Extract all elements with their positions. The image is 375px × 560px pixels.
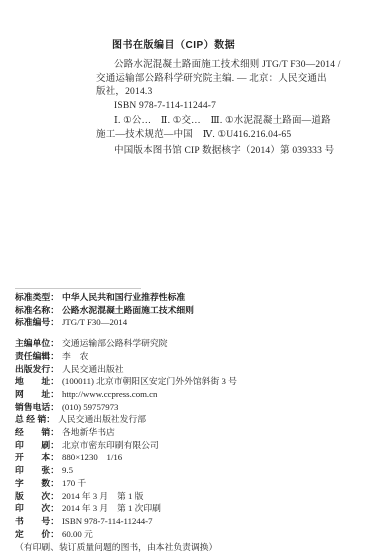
row-label: 责任编辑：: [15, 350, 59, 363]
row-value: (100011) 北京市朝阳区安定门外外馆斜街 3 号: [62, 375, 237, 388]
colophon-row: 定 价： 60.00 元: [15, 528, 365, 541]
cip-isbn-line: ISBN 978-7-114-11244-7: [96, 100, 328, 114]
row-value: 9.5: [62, 464, 73, 477]
row-value: 2014 年 3 月 第 1 版: [62, 490, 143, 503]
publication-info-group: 主编单位： 交通运输部公路科学研究院 责任编辑： 李 农 出版发行： 人民交通出…: [15, 337, 365, 540]
row-label: 总 经 销：: [15, 413, 55, 426]
row-label: 地 址：: [15, 375, 59, 388]
colophon-row: 书 号： ISBN 978-7-114-11244-7: [15, 515, 365, 528]
colophon-row: 标准类型： 中华人民共和国行业推荐性标准: [15, 291, 365, 304]
row-label: 书 号：: [15, 515, 59, 528]
colophon-row: 印 刷： 北京市密东印刷有限公司: [15, 439, 365, 452]
row-label: 印 刷：: [15, 439, 59, 452]
row-value: 北京市密东印刷有限公司: [62, 439, 159, 452]
colophon-row: 总 经 销： 人民交通出版社发行部: [15, 413, 365, 426]
colophon-row: 标准名称： 公路水泥混凝土路面施工技术细则: [15, 304, 365, 317]
row-label: 出版发行：: [15, 363, 59, 376]
cip-record-number-line: 中国版本图书馆 CIP 数据核字（2014）第 039333 号: [96, 145, 328, 159]
row-label: 版 次：: [15, 490, 59, 503]
row-value: ISBN 978-7-114-11244-7: [62, 515, 153, 528]
row-value: 公路水泥混凝土路面施工技术细则: [62, 304, 194, 317]
cip-line: 版社，2014.3: [96, 86, 328, 100]
colophon-divider-line: [15, 288, 141, 289]
row-value: 人民交通出版社发行部: [58, 413, 146, 426]
row-value: 170 千: [62, 477, 86, 490]
quality-exchange-note: （有印刷、装订质量问题的图书，由本社负责调换）: [15, 541, 365, 554]
cip-data-block: 图书在版编目（CIP）数据 公路水泥混凝土路面施工技术细则 JTG/T F30—…: [96, 39, 328, 159]
colophon-row: 开 本： 880×1230 1/16: [15, 451, 365, 464]
row-value: http://www.ccpress.com.cn: [62, 388, 157, 401]
row-label: 标准编号：: [15, 316, 59, 329]
row-value: 交通运输部公路科学研究院: [62, 337, 168, 350]
colophon-row: 经 销： 各地新华书店: [15, 426, 365, 439]
colophon-row: 网 址： http://www.ccpress.com.cn: [15, 388, 365, 401]
row-value: 各地新华书店: [62, 426, 115, 439]
colophon-row: 版 次： 2014 年 3 月 第 1 版: [15, 490, 365, 503]
row-label: 标准名称：: [15, 304, 59, 317]
row-label: 主编单位：: [15, 337, 59, 350]
row-value: 60.00 元: [62, 528, 93, 541]
row-label: 开 本：: [15, 451, 59, 464]
colophon-row: 地 址： (100011) 北京市朝阳区安定门外外馆斜街 3 号: [15, 375, 365, 388]
row-label: 经 销：: [15, 426, 59, 439]
row-label: 定 价：: [15, 528, 59, 541]
row-value: (010) 59757973: [62, 401, 118, 414]
cip-classification-line: Ⅰ. ①公… Ⅱ. ①交… Ⅲ. ①水泥混凝土路面—道路: [96, 115, 328, 129]
row-value: 李 农: [62, 350, 88, 363]
colophon-row: 销售电话： (010) 59757973: [15, 401, 365, 414]
colophon-row: 印 次： 2014 年 3 月 第 1 次印刷: [15, 502, 365, 515]
colophon-row: 责任编辑： 李 农: [15, 350, 365, 363]
standard-info-group: 标准类型： 中华人民共和国行业推荐性标准 标准名称： 公路水泥混凝土路面施工技术…: [15, 291, 365, 329]
row-label: 网 址：: [15, 388, 59, 401]
cip-line: 交通运输部公路科学研究院主编. — 北京：人民交通出: [96, 73, 328, 87]
colophon-row: 标准编号： JTG/T F30—2014: [15, 316, 365, 329]
row-label: 字 数：: [15, 477, 59, 490]
row-value: 2014 年 3 月 第 1 次印刷: [62, 502, 161, 515]
cip-line: 公路水泥混凝土路面施工技术细则 JTG/T F30—2014 /: [96, 59, 328, 73]
row-label: 印 张：: [15, 464, 59, 477]
row-label: 销售电话：: [15, 401, 59, 414]
colophon-row: 字 数： 170 千: [15, 477, 365, 490]
row-value: 880×1230 1/16: [62, 451, 122, 464]
colophon-block: 标准类型： 中华人民共和国行业推荐性标准 标准名称： 公路水泥混凝土路面施工技术…: [15, 291, 365, 554]
colophon-row: 主编单位： 交通运输部公路科学研究院: [15, 337, 365, 350]
scanned-copyright-page: 图书在版编目（CIP）数据 公路水泥混凝土路面施工技术细则 JTG/T F30—…: [0, 0, 375, 560]
colophon-row: 印 张： 9.5: [15, 464, 365, 477]
row-value: JTG/T F30—2014: [62, 316, 127, 329]
cip-title: 图书在版编目（CIP）数据: [112, 39, 328, 52]
cip-classification-line: 施工—技术规范—中国 Ⅳ. ①U416.216.04-65: [96, 129, 328, 143]
row-label: 标准类型：: [15, 291, 59, 304]
row-value: 人民交通出版社: [62, 363, 124, 376]
row-value: 中华人民共和国行业推荐性标准: [62, 291, 185, 304]
row-label: 印 次：: [15, 502, 59, 515]
colophon-row: 出版发行： 人民交通出版社: [15, 363, 365, 376]
